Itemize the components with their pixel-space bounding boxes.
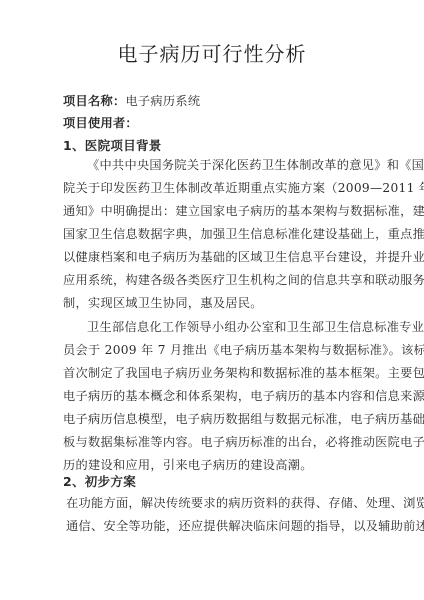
section-heading-background: 1、医院项目背景 bbox=[63, 136, 162, 154]
paragraph-line: 电子病历的基本概念和体系架构，电子病历的基本内容和信息来源， bbox=[63, 385, 388, 408]
paragraph-line: 制，实现区域卫生协同，惠及居民。 bbox=[63, 292, 388, 315]
paragraph-line: 在功能方面，解决传统要求的病历资料的获得、存储、处理、浏览、 bbox=[66, 492, 391, 515]
paragraph-line: 首次制定了我国电子病历业务架构和数据标准的基本框架。主要包括 bbox=[63, 362, 388, 385]
project-name-label: 项目名称： bbox=[63, 94, 125, 108]
paragraph-line: 院关于印发医药卫生体制改革近期重点实施方案（2009—2011 年）的 bbox=[63, 177, 388, 200]
project-user-label: 项目使用者： bbox=[63, 114, 138, 131]
section-heading-plan: 2、初步方案 bbox=[63, 472, 136, 490]
paragraph-line: 以健康档案和电子病历为基础的区域卫生信息平台建设，并提升业务 bbox=[63, 246, 388, 269]
paragraph-policy-background: 《中共中央国务院关于深化医药卫生体制改革的意见》和《国务 院关于印发医药卫生体制… bbox=[63, 154, 388, 315]
paragraph-line: 应用系统，构建各级各类医疗卫生机构之间的信息共享和联动服务机 bbox=[63, 269, 388, 292]
paragraph-line: 通信、安全等功能，还应提供解决临床问题的指导，以及辅助前述各 bbox=[66, 515, 391, 538]
project-name-value: 电子病历系统 bbox=[125, 94, 200, 108]
project-name-row: 项目名称：电子病历系统 bbox=[63, 92, 200, 109]
document-title: 电子病历可行性分析 bbox=[0, 38, 424, 67]
paragraph-line: 板与数据集标准等内容。电子病历标准的出台，必将推动医院电子病 bbox=[63, 431, 388, 454]
paragraph-line: 国家卫生信息数据字典，加强卫生信息标准化建设基础上，重点推动 bbox=[63, 223, 388, 246]
paragraph-line: 员会于 2009 年 7 月推出《电子病历基本架构与数据标准》。该标准 bbox=[63, 339, 388, 362]
paragraph-line: 通知》中明确提出：建立国家电子病历的基本架构与数据标准，建立 bbox=[63, 200, 388, 223]
paragraph-line: 《中共中央国务院关于深化医药卫生体制改革的意见》和《国务 bbox=[63, 154, 388, 177]
paragraph-line: 卫生部信息化工作领导小组办公室和卫生部卫生信息标准专业委 bbox=[63, 316, 388, 339]
paragraph-plan: 在功能方面，解决传统要求的病历资料的获得、存储、处理、浏览、 通信、安全等功能，… bbox=[66, 492, 391, 538]
paragraph-line: 电子病历信息模型，电子病历数据组与数据元标准，电子病历基础模 bbox=[63, 408, 388, 431]
paragraph-standards: 卫生部信息化工作领导小组办公室和卫生部卫生信息标准专业委 员会于 2009 年 … bbox=[63, 316, 388, 477]
